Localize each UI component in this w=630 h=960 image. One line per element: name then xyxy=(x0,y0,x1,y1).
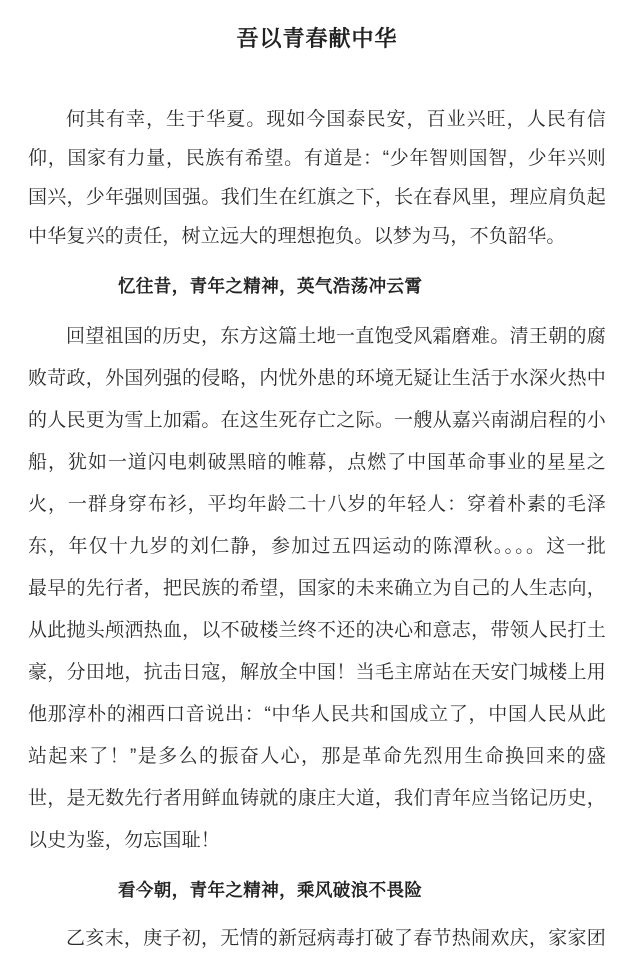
section-heading-today: 看今朝，青年之精神，乘风破浪不畏险 xyxy=(118,870,606,910)
text-line: 世，是无数先行者用鲜血铸就的康庄大道，我们青年应当铭记历史， xyxy=(28,778,606,820)
text-line: 最早的先行者，把民族的希望，国家的未来确立为自己的人生志向， xyxy=(28,568,606,610)
text-line: 以史为鉴，勿忘国耻！ xyxy=(28,820,606,862)
text-line: 败苛政，外国列强的侵略，内忧外患的环境无疑让生活于水深火热中 xyxy=(28,358,606,400)
text-line: 他那淳朴的湘西口音说出：“中华人民共和国成立了，中国人民从此 xyxy=(28,694,606,736)
text-line: 的人民更为雪上加霜。在这生死存亡之际。一艘从嘉兴南湖启程的小 xyxy=(28,400,606,442)
text-line: 回望祖国的历史，东方这篇土地一直饱受风霜磨难。清王朝的腐 xyxy=(28,316,606,358)
text-line: 船，犹如一道闪电刺破黑暗的帷幕，点燃了中国革命事业的星星之 xyxy=(28,442,606,484)
text-line: 豪，分田地，抗击日寇，解放全中国！当毛主席站在天安门城楼上用 xyxy=(28,652,606,694)
paragraph-today: 乙亥末，庚子初，无情的新冠病毒打破了春节热闹欢庆，家家团 xyxy=(28,918,606,960)
text-line: 站起来了！”是多么的振奋人心，那是革命先烈用生命换回来的盛 xyxy=(28,736,606,778)
text-line: 从此抛头颅洒热血，以不破楼兰终不还的决心和意志，带领人民打土 xyxy=(28,610,606,652)
text-line: 仰，国家有力量，民族有希望。有道是：“少年智则国智，少年兴则 xyxy=(28,139,606,178)
essay-document: 吾以青春献中华 何其有幸，生于华夏。现如今国泰民安，百业兴旺，人民有信 仰，国家… xyxy=(0,0,630,960)
paragraph-past: 回望祖国的历史，东方这篇土地一直饱受风霜磨难。清王朝的腐 败苛政，外国列强的侵略… xyxy=(28,316,606,862)
text-line: 火，一群身穿布衫，平均年龄二十八岁的年轻人：穿着朴素的毛泽 xyxy=(28,484,606,526)
text-line: 国兴，少年强则国强。我们生在红旗之下，长在春风里，理应肩负起 xyxy=(28,178,606,217)
text-line: 何其有幸，生于华夏。现如今国泰民安，百业兴旺，人民有信 xyxy=(28,100,606,139)
text-line: 中华复兴的责任，树立远大的理想抱负。以梦为马，不负韶华。 xyxy=(28,217,606,256)
essay-title: 吾以青春献中华 xyxy=(28,24,606,54)
text-line: 乙亥末，庚子初，无情的新冠病毒打破了春节热闹欢庆，家家团 xyxy=(28,918,606,960)
paragraph-intro: 何其有幸，生于华夏。现如今国泰民安，百业兴旺，人民有信 仰，国家有力量，民族有希… xyxy=(28,100,606,256)
section-heading-past: 忆往昔，青年之精神，英气浩荡冲云霄 xyxy=(118,266,606,306)
text-line: 东，年仅十九岁的刘仁静，参加过五四运动的陈潭秋。。。。这一批 xyxy=(28,526,606,568)
